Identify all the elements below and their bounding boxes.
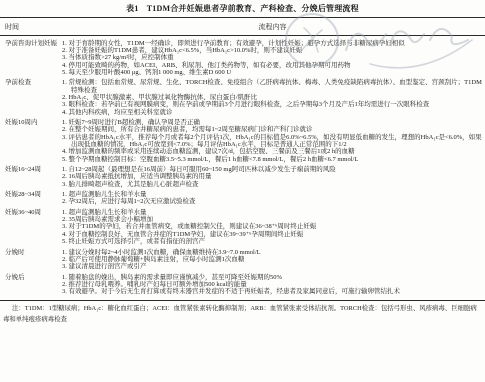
table-row: 分娩后1. 随着胎盘的娩出，胰岛素的需求量即应谨慎减少，甚至可降至妊娠期的50%…: [0, 274, 485, 296]
table-header-row: 时间 流程内容: [0, 18, 485, 36]
header-cell-time: 时间: [0, 22, 62, 32]
flow-item: 3. 眼科检查：若孕前已有视网膜病变，则在孕前或孕期前3个月进行眼科检查，之后孕…: [62, 101, 483, 108]
flow-item: 3. 建议清晨进行剖宫产或引产: [62, 263, 483, 270]
row-items: 1. 建议分娩时每2~4小时监测1次血糖，确保血糖维持在3.9~7.0 mmol…: [62, 249, 485, 271]
row-items: 1. 超声监测胎儿生长和羊水量2. 孕32周后，应进行每周1~2次无应激试验检查: [62, 191, 485, 206]
flow-item: 5. 整个孕期血糖控制目标：空腹血糖3.5~5.3 mmol/L，餐后1 h血糖…: [62, 156, 483, 163]
flow-item: 3. 对于T1DM的孕妇，若合并血管病变，或血糖控制欠佳，则建议在36~38⁺⁶…: [62, 223, 483, 230]
flow-item: 4. 增加监测血糖的频率或采用连续动态血糖监测，建议7次/d，包括空腹、三餐前及…: [62, 148, 483, 155]
table-row: 分娩时1. 建议分娩时每2~4小时监测1次血糖，确保血糖维持在3.9~7.0 m…: [0, 249, 485, 271]
row-items: 1. 常规检测：包括血常规、尿常规、生化、TORCH检查、免疫组合（乙肝病毒抗体…: [62, 79, 485, 115]
flow-item: 1. 建议分娩时每2~4小时监测1次血糖，确保血糖维持在3.9~7.0 mmol…: [62, 249, 483, 256]
flow-item: 2. 孕32周后，应进行每周1~2次无应激试验检查: [62, 198, 483, 205]
table-page: 表1 T1DM合并妊娠患者孕前教育、产科检查、分娩后管理流程 时间 流程内容 孕…: [0, 0, 485, 382]
table-body: 孕前咨询计划妊娠1. 对于育龄期的女性，T1DM一经确诊，即须进行孕前教育；有效…: [0, 36, 485, 300]
header-cell-content: 流程内容: [62, 22, 485, 32]
table-footnote: 注：T1DM：1型糖尿病；HbA₁c：糖化血红蛋白；ACEI：血管紧张素转化酶抑…: [0, 301, 485, 326]
flow-item: 3. 有效避孕。对于今后无生育打算或有终末器官并发症的不适于再妊娠者，经患者及家…: [62, 288, 483, 295]
flow-item: 4. 对于血糖控制良好、无血管合并症的T1DM孕妇，建议在39~39⁺⁶孕周期间…: [62, 231, 483, 238]
flow-table: 时间 流程内容 孕前咨询计划妊娠1. 对于育龄期的女性，T1DM一经确诊，即须进…: [0, 17, 485, 301]
flow-item: 2. 16周后胰岛素抵抗增加，应适当调整胰岛素的用量: [62, 173, 483, 180]
row-time-label: 孕前咨询计划妊娠: [0, 40, 62, 76]
flow-item: 4. 停用可能致畸的药物，如ACEI、ARB、利尿剂、他汀类药物等，如有必要，改…: [62, 62, 483, 69]
flow-item: 5. 每天至少服用叶酸400 μg、钙剂1 000 mg、维生素D 600 U: [62, 69, 483, 76]
table-row: 妊娠16~24周1. 自12~28周起（最理想是在16周前）每日可服用60~15…: [0, 166, 485, 188]
row-time-label: 分娩后: [0, 274, 62, 296]
flow-item: 1. 随着胎盘的娩出，胰岛素的需求量即应谨慎减少，甚至可降至妊娠期的50%: [62, 274, 483, 281]
flow-item: 3. 胎儿排畸超声检查，尤其是胎儿心脏超声检查: [62, 181, 483, 188]
table-row: 妊娠10周内1. 妊娠7~9周时进行B超检测，确认孕周是否正确2. 在整个妊娠期…: [0, 119, 485, 163]
row-items: 1. 超声监测胎儿生长和羊水量2. 35周后胰岛素需求会小幅增加3. 对于T1D…: [62, 209, 485, 245]
row-time-label: 妊娠28~34周: [0, 191, 62, 206]
row-time-label: 妊娠36~40周: [0, 209, 62, 245]
table-row: 妊娠36~40周1. 超声监测胎儿生长和羊水量2. 35周后胰岛素需求会小幅增加…: [0, 209, 485, 245]
table-row: 妊娠28~34周1. 超声监测胎儿生长和羊水量2. 孕32周后，应进行每周1~2…: [0, 191, 485, 206]
row-items: 1. 妊娠7~9周时进行B超检测，确认孕周是否正确2. 在整个妊娠期间，所有合并…: [62, 119, 485, 163]
flow-item: 2. 在整个妊娠期间，所有合并糖尿病的患者，均需每1~2周至糖尿病门诊和产科门诊…: [62, 126, 483, 133]
row-time-label: 孕前检查: [0, 79, 62, 115]
row-time-label: 妊娠10周内: [0, 119, 62, 163]
table-row: 孕前检查1. 常规检测：包括血常规、尿常规、生化、TORCH检查、免疫组合（乙肝…: [0, 79, 485, 115]
flow-item: 3. 当体质指数>27 kg/m²时，应控制体重: [62, 54, 483, 61]
row-time-label: 妊娠16~24周: [0, 166, 62, 188]
table-row: 孕前咨询计划妊娠1. 对于育龄期的女性，T1DM一经确诊，即须进行孕前教育；有效…: [0, 40, 485, 76]
flow-item: 1. 常规检测：包括血常规、尿常规、生化、TORCH检查、免疫组合（乙肝病毒抗体…: [62, 79, 483, 94]
row-items: 1. 对于育龄期的女性，T1DM一经确诊，即须进行孕前教育；有效避孕，计划性妊娠…: [62, 40, 485, 76]
flow-item: 3. 评估患者的HbA₁c水平，推荐每个月或者每2个月评估1次，HbA₁c的目标…: [62, 134, 483, 149]
row-items: 1. 随着胎盘的娩出，胰岛素的需求量即应谨慎减少，甚至可降至妊娠期的50%2. …: [62, 274, 485, 296]
flow-item: 1. 对于育龄期的女性，T1DM一经确诊，即须进行孕前教育；有效避孕，计划性妊娠…: [62, 40, 483, 47]
row-time-label: 分娩时: [0, 249, 62, 271]
flow-item: 4. 其他内科疾病，均应至相关科室就诊: [62, 109, 483, 116]
table-title: 表1 T1DM合并妊娠患者孕前教育、产科检查、分娩后管理流程: [0, 0, 485, 14]
flow-item: 5. 终止妊娠方式可选择引产，或者有指征的剖宫产: [62, 238, 483, 245]
row-items: 1. 自12~28周起（最理想是在16周前）每日可服用60~150 mg阿司匹林…: [62, 166, 485, 188]
